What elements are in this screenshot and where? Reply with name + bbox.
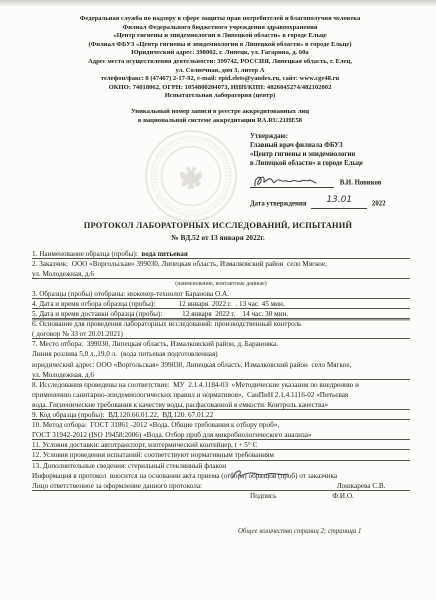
text-segment: 12. Условия проведения испытаний: соотве… [32, 451, 274, 459]
double-eagle-emblem [180, 167, 202, 189]
org-header-line: телефон/факс: 8 (47467) 2-17-92, e-mail:… [32, 75, 408, 84]
approval-block: Утверждаю: Главный врач филиала ФБУЗ«Цен… [250, 132, 414, 209]
form-line: ул. Молодежная, д.6 [32, 370, 410, 380]
org-header-line: Филиал Федерального бюджетного учреждени… [32, 24, 408, 33]
form-line: Лицо ответственное за оформление данного… [32, 481, 410, 491]
text-segment: 4. Дата и время отбора образца (пробы): … [32, 300, 285, 308]
page-count-footer: Общее количество страниц 2; страница 1 [238, 528, 408, 535]
org-header-line: «Центр гигиены и эпидемиологии в Липецко… [32, 32, 408, 41]
form-line: применению санитарно-эпидемиологических … [32, 390, 410, 400]
form-line: 4. Дата и время отбора образца (пробы): … [32, 299, 410, 309]
form-line: 13. Дополнительные сведения: стерильный … [32, 461, 410, 471]
text-segment: вода. Гигиенические требования к качеств… [32, 401, 328, 409]
form-line: вода. Гигиенические требования к качеств… [32, 400, 410, 410]
text-segment: 6. Основание для проведения лабораторных… [32, 320, 301, 328]
protocol-number: № ВД.52 от 13 января 2022г. [0, 233, 436, 242]
org-header: Федеральная служба по надзору в сфере за… [32, 15, 408, 101]
form-line: 10. Метод отбора: ГОСТ 31861 -2012 «Вода… [32, 420, 410, 430]
text-segment: 7. Место отбора: 399030, Липецкая област… [32, 340, 278, 348]
form-line: ( договор № 33 от 20.01.2021) [32, 329, 410, 339]
form-line: 9. Код образца (пробы): ВД.120.66.01.22,… [32, 410, 410, 420]
form-body: 1. Наименование образца (пробы): вода пи… [32, 249, 410, 501]
org-header-line: ОКПО: 74018062, ОГРН: 1054800204073, ИНН… [32, 84, 408, 93]
approval-year: 2022 [372, 200, 386, 207]
approval-date-label: Дата утверждения [250, 200, 307, 207]
text-segment: Линия розлива 5,0 л.,19,0 л. (вода питье… [32, 350, 218, 358]
text-segment: (наименование, контактные данные) [175, 281, 266, 287]
form-line: Линия розлива 5,0 л.,19,0 л. (вода питье… [32, 349, 410, 359]
approver-name: В.И. Новиков [340, 179, 382, 186]
approval-line: «Центр гигиены и эпидемиологии [250, 150, 414, 159]
text-segment: ул. Молодежная, д.6 [32, 270, 94, 278]
approval-date-value: 13.01 [311, 196, 367, 209]
form-line: 2. Заказчик: ООО «Воргольская» 399030, Л… [32, 259, 410, 269]
director-signature [252, 173, 330, 191]
form-line: юридический адрес: ООО «Воргольская» 399… [32, 360, 410, 370]
text-segment: 3. Образцы (пробы) отобраны: инженер-тех… [32, 290, 229, 298]
form-line: ПодписьФ.И.О. [32, 491, 410, 501]
form-line: 12. Условия проведения испытаний: соотве… [32, 450, 410, 460]
text-segment: 10. Метод отбора: ГОСТ 31861 -2012 «Вода… [32, 421, 279, 429]
form-line: 1. Наименование образца (пробы): вода пи… [32, 249, 410, 259]
form-line: ул. Молодежная, д.6 [32, 269, 410, 279]
accreditation-line: Уникальный номер записи в реестре аккред… [32, 108, 408, 117]
form-line: 11. Условия доставки: автотранспорт, изо… [32, 440, 410, 450]
official-seal-stamp-icon [142, 127, 240, 225]
form-line: ГОСТ 31942-2012 (ISO 19458:2006) «Вода. … [32, 430, 410, 440]
protocol-page: Федеральная служба по надзору в сфере за… [0, 0, 436, 600]
text-segment: Лицо ответственное за оформление данного… [32, 482, 202, 490]
text-segment: 8. Исследования проведены на соответстви… [32, 381, 359, 389]
text-segment: 9. Код образца (пробы): ВД.120.66.01.22,… [32, 411, 213, 419]
form-line: 5. Дата и время доставки образца (пробы)… [32, 309, 410, 319]
approval-line: Главный врач филиала ФБУЗ [250, 141, 414, 150]
text-segment: ( договор № 33 от 20.01.2021) [32, 330, 123, 338]
approval-zone: Утверждаю: Главный врач филиала ФБУЗ«Цен… [32, 126, 408, 218]
accreditation-line: в национальной системе аккредитации RA.R… [32, 117, 408, 126]
text-segment: применению санитарно-эпидемиологических … [32, 391, 348, 399]
scan-edge-strip [0, 0, 436, 6]
text-segment: 11. Условия доставки: автотранспорт, изо… [32, 441, 257, 449]
text-segment: юридический адрес: ООО «Воргольская» 399… [32, 361, 351, 369]
approval-label: Утверждаю: [250, 132, 414, 141]
accreditation-block: Уникальный номер записи в реестре аккред… [32, 108, 408, 126]
org-header-line: Испытательная лаборатория (центр) [32, 92, 408, 101]
form-line: (наименование, контактные данные) [32, 279, 410, 289]
text-segment [202, 482, 337, 490]
text-segment: Лошкарева С.В. [337, 482, 386, 490]
org-header-line: Федеральная служба по надзору в сфере за… [32, 15, 408, 24]
approval-date-line: Дата утверждения 13.01 2022 [250, 196, 414, 209]
form-line: 7. Место отбора: 399030, Липецкая област… [32, 339, 410, 349]
form-line: Информация в протокол вносится на основа… [32, 471, 410, 481]
form-line: 6. Основание для проведения лабораторных… [32, 319, 410, 329]
form-line: 8. Исследования проведены на соответстви… [32, 380, 410, 390]
org-header-line: ул. Солнечная, дом 3, литер А [32, 67, 408, 76]
org-header-line: Адрес места осуществления деятельности: … [32, 58, 408, 67]
text-segment: 13. Дополнительные сведения: стерильный … [32, 462, 226, 470]
signature-slot [250, 176, 334, 188]
form-line: 3. Образцы (пробы) отобраны: инженер-тех… [32, 289, 410, 299]
approval-signature-line: В.И. Новиков [250, 176, 414, 190]
text-segment: 2. Заказчик: ООО «Воргольская» 399030, Л… [32, 260, 327, 268]
text-segment: вода питьевая [141, 250, 187, 258]
form-lines: 1. Наименование образца (пробы): вода пи… [32, 249, 410, 501]
responsible-person-signature [228, 467, 292, 483]
org-header-line: (Филиал ФБУЗ «Центр гигиены и эпидемиоло… [32, 41, 408, 50]
text-segment: 5. Дата и время доставки образца (пробы)… [32, 310, 288, 318]
approval-lines: Главный врач филиала ФБУЗ«Центр гигиены … [250, 141, 414, 169]
text-segment: Ф.И.О. [332, 491, 353, 501]
approval-line: в Липецкой области» в городе Ельце [250, 159, 414, 168]
text-segment: 1. Наименование образца (пробы): [32, 250, 141, 258]
org-header-line: Юридический адрес: 398002, г. Липецк, ул… [32, 49, 408, 58]
text-segment: Подпись [250, 491, 276, 501]
text-segment: ул. Молодежная, д.6 [32, 371, 94, 379]
text-segment: ГОСТ 31942-2012 (ISO 19458:2006) «Вода. … [32, 431, 312, 439]
